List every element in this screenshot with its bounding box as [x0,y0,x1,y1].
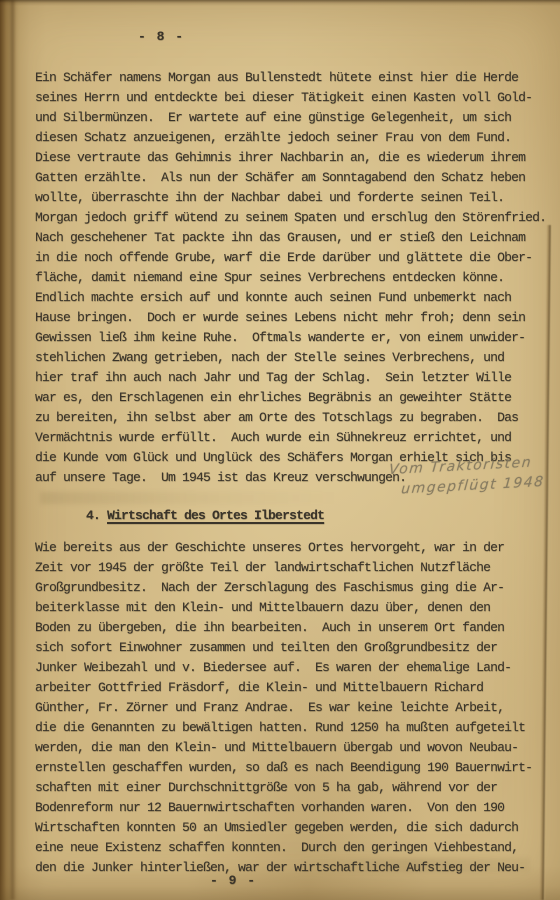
paragraph-morgan-legend: Ein Schäfer namens Morgan aus Bullensted… [35,68,546,488]
section-heading-title: Wirtschaft des Ortes Ilberstedt [107,508,324,523]
page-top-edge-shadow [0,0,560,6]
page-number-bottom: - 9 - [210,873,257,888]
page-number-top: - 8 - [138,29,185,44]
scanned-document-page: - 8 - Ein Schäfer namens Morgan aus Bull… [0,0,560,900]
paper-stain [40,492,340,504]
section-heading-number: 4. [86,508,100,523]
paragraph-wirtschaft: Wie bereits aus der Geschichte unseres O… [35,538,532,878]
handwritten-annotation: Vom Traktoristenumgepflügt 1948 [386,452,547,500]
section-heading-wirtschaft: 4. Wirtschaft des Ortes Ilberstedt [86,508,324,523]
binding-edge-streak [9,0,16,900]
